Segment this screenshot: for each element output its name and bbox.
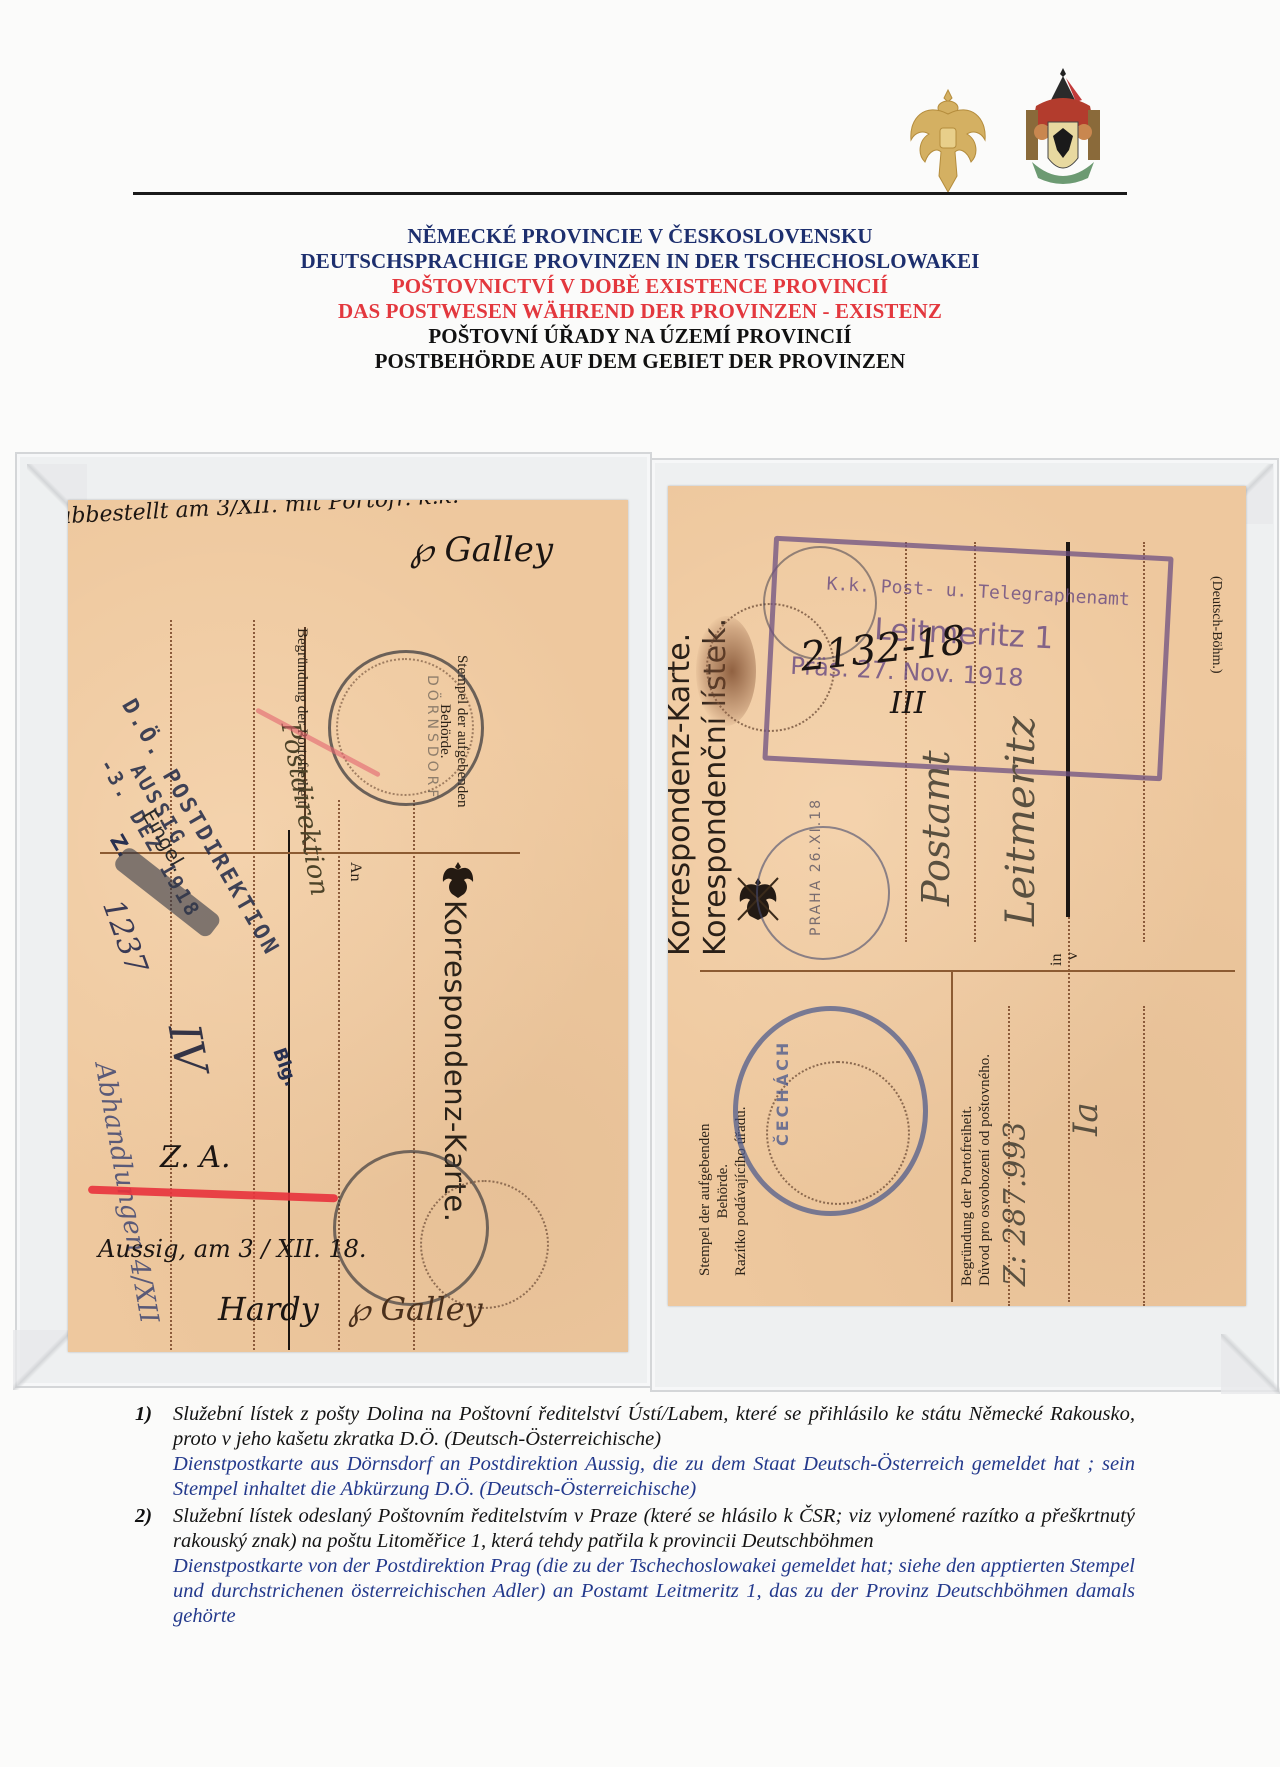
signature-bottom-2: ℘ Galley: [348, 1290, 483, 1328]
blg-label: Blg.: [268, 1045, 301, 1089]
caption-number: 1): [135, 1402, 152, 1427]
praha-postmark-text: PRAHA 26.XI.18: [808, 798, 824, 936]
sleeve-corner: [13, 1330, 73, 1390]
header-rule: [133, 192, 1127, 195]
signature-top: ℘ Galley: [410, 530, 553, 570]
cechach-postmark: [733, 1006, 928, 1216]
caption-item-1: 1) Služební lístek z pošty Dolina na Poš…: [135, 1402, 1135, 1502]
heading-line-de-postal: DAS POSTWESEN WÄHREND DER PROVINZEN - EX…: [0, 299, 1280, 324]
address-line: [338, 800, 340, 1350]
handwritten-ia: Ia: [1066, 1102, 1106, 1136]
address-underline: [288, 830, 290, 1350]
handwritten-date: Aussig, am 3 / XII. 18.: [98, 1235, 367, 1263]
caption-item-2: 2) Služební lístek odeslaný Poštovním ře…: [135, 1504, 1135, 1629]
address-line: [1143, 1006, 1145, 1306]
captions: 1) Služební lístek z pošty Dolina na Poš…: [135, 1402, 1135, 1629]
stain-mark: [696, 616, 756, 726]
divider-line: [951, 972, 953, 1302]
section-divider: [700, 970, 1235, 972]
sleeve-corner: [1221, 1334, 1280, 1394]
postmark-town-text: DÖRNSDORF: [424, 675, 440, 801]
region-label: (Deutsch-Böhm.): [1208, 576, 1224, 674]
cechach-postmark-text: ČECHÁCH: [773, 1040, 792, 1146]
heading-line-de-provinces: DEUTSCHSPRACHIGE PROVINZEN IN DER TSCHEC…: [0, 249, 1280, 274]
handwritten-roman: IV: [158, 1020, 217, 1077]
caption-text-de: Dienstpostkarte aus Dörnsdorf an Postdir…: [173, 1452, 1135, 1502]
caption-number: 2): [135, 1504, 152, 1529]
portofreiheit-label: Begründung der Portofreiheit. Důvod pro …: [958, 1054, 994, 1286]
v-label: v: [1064, 952, 1082, 960]
handwritten-number: 1237: [95, 895, 154, 979]
heading-line-cz-postal: POŠTOVNICTVÍ V DOBĚ EXISTENCE PROVINCIÍ: [0, 274, 1280, 299]
handwritten-roman: III: [890, 686, 926, 721]
stamp-circle-guide: [336, 658, 474, 796]
caption-text-cz: Služební lístek odeslaný Poštovním ředit…: [173, 1504, 1135, 1554]
imperial-coat-of-arms-icon: [1022, 66, 1104, 188]
an-label: An: [346, 862, 364, 882]
caption-text-cz: Služební lístek z pošty Dolina na Poštov…: [173, 1402, 1135, 1452]
card-title-de: Korrespondenz-Karte.: [668, 633, 697, 956]
handwritten-recipient-2: Leitmeritz: [998, 716, 1044, 926]
heading-line-cz-offices: POŠTOVNÍ ÚŘADY NA ÚZEMÍ PROVINCIÍ: [0, 324, 1280, 349]
handwritten-recipient-1: Postamt: [914, 750, 958, 906]
austrian-eagle-emblem-icon: [905, 88, 991, 196]
postcard-right-leitmeritz: (Deutsch-Böhm.) Korrespondenz-Karte. Kor…: [668, 486, 1246, 1306]
handwritten-note-top: abbestellt am 3/XII. mit Portofr. k.k.: [68, 500, 460, 529]
handwritten-reference: Z: 287.993: [998, 1121, 1033, 1286]
printed-eagle-icon: [440, 860, 476, 900]
heading-line-de-offices: POSTBEHÖRDE AUF DEM GEBIET DER PROVINZEN: [0, 349, 1280, 374]
postcard-left-doernsdorf: Stempel der aufgebenden Behörde. Begründ…: [68, 500, 628, 1352]
signature-bottom-1: Hardy: [218, 1290, 319, 1328]
box-stamp-line-1: K.k. Post- u. Telegraphenamt: [826, 574, 1130, 611]
heading-line-cz-provinces: NĚMECKÉ PROVINCIE V ČESKOSLOVENSKU: [0, 224, 1280, 249]
page-heading: NĚMECKÉ PROVINCIE V ČESKOSLOVENSKU DEUTS…: [0, 224, 1280, 374]
caption-text-de: Dienstpostkarte von der Postdirektion Pr…: [173, 1554, 1135, 1629]
handwritten-za: Z. A.: [160, 1140, 231, 1175]
